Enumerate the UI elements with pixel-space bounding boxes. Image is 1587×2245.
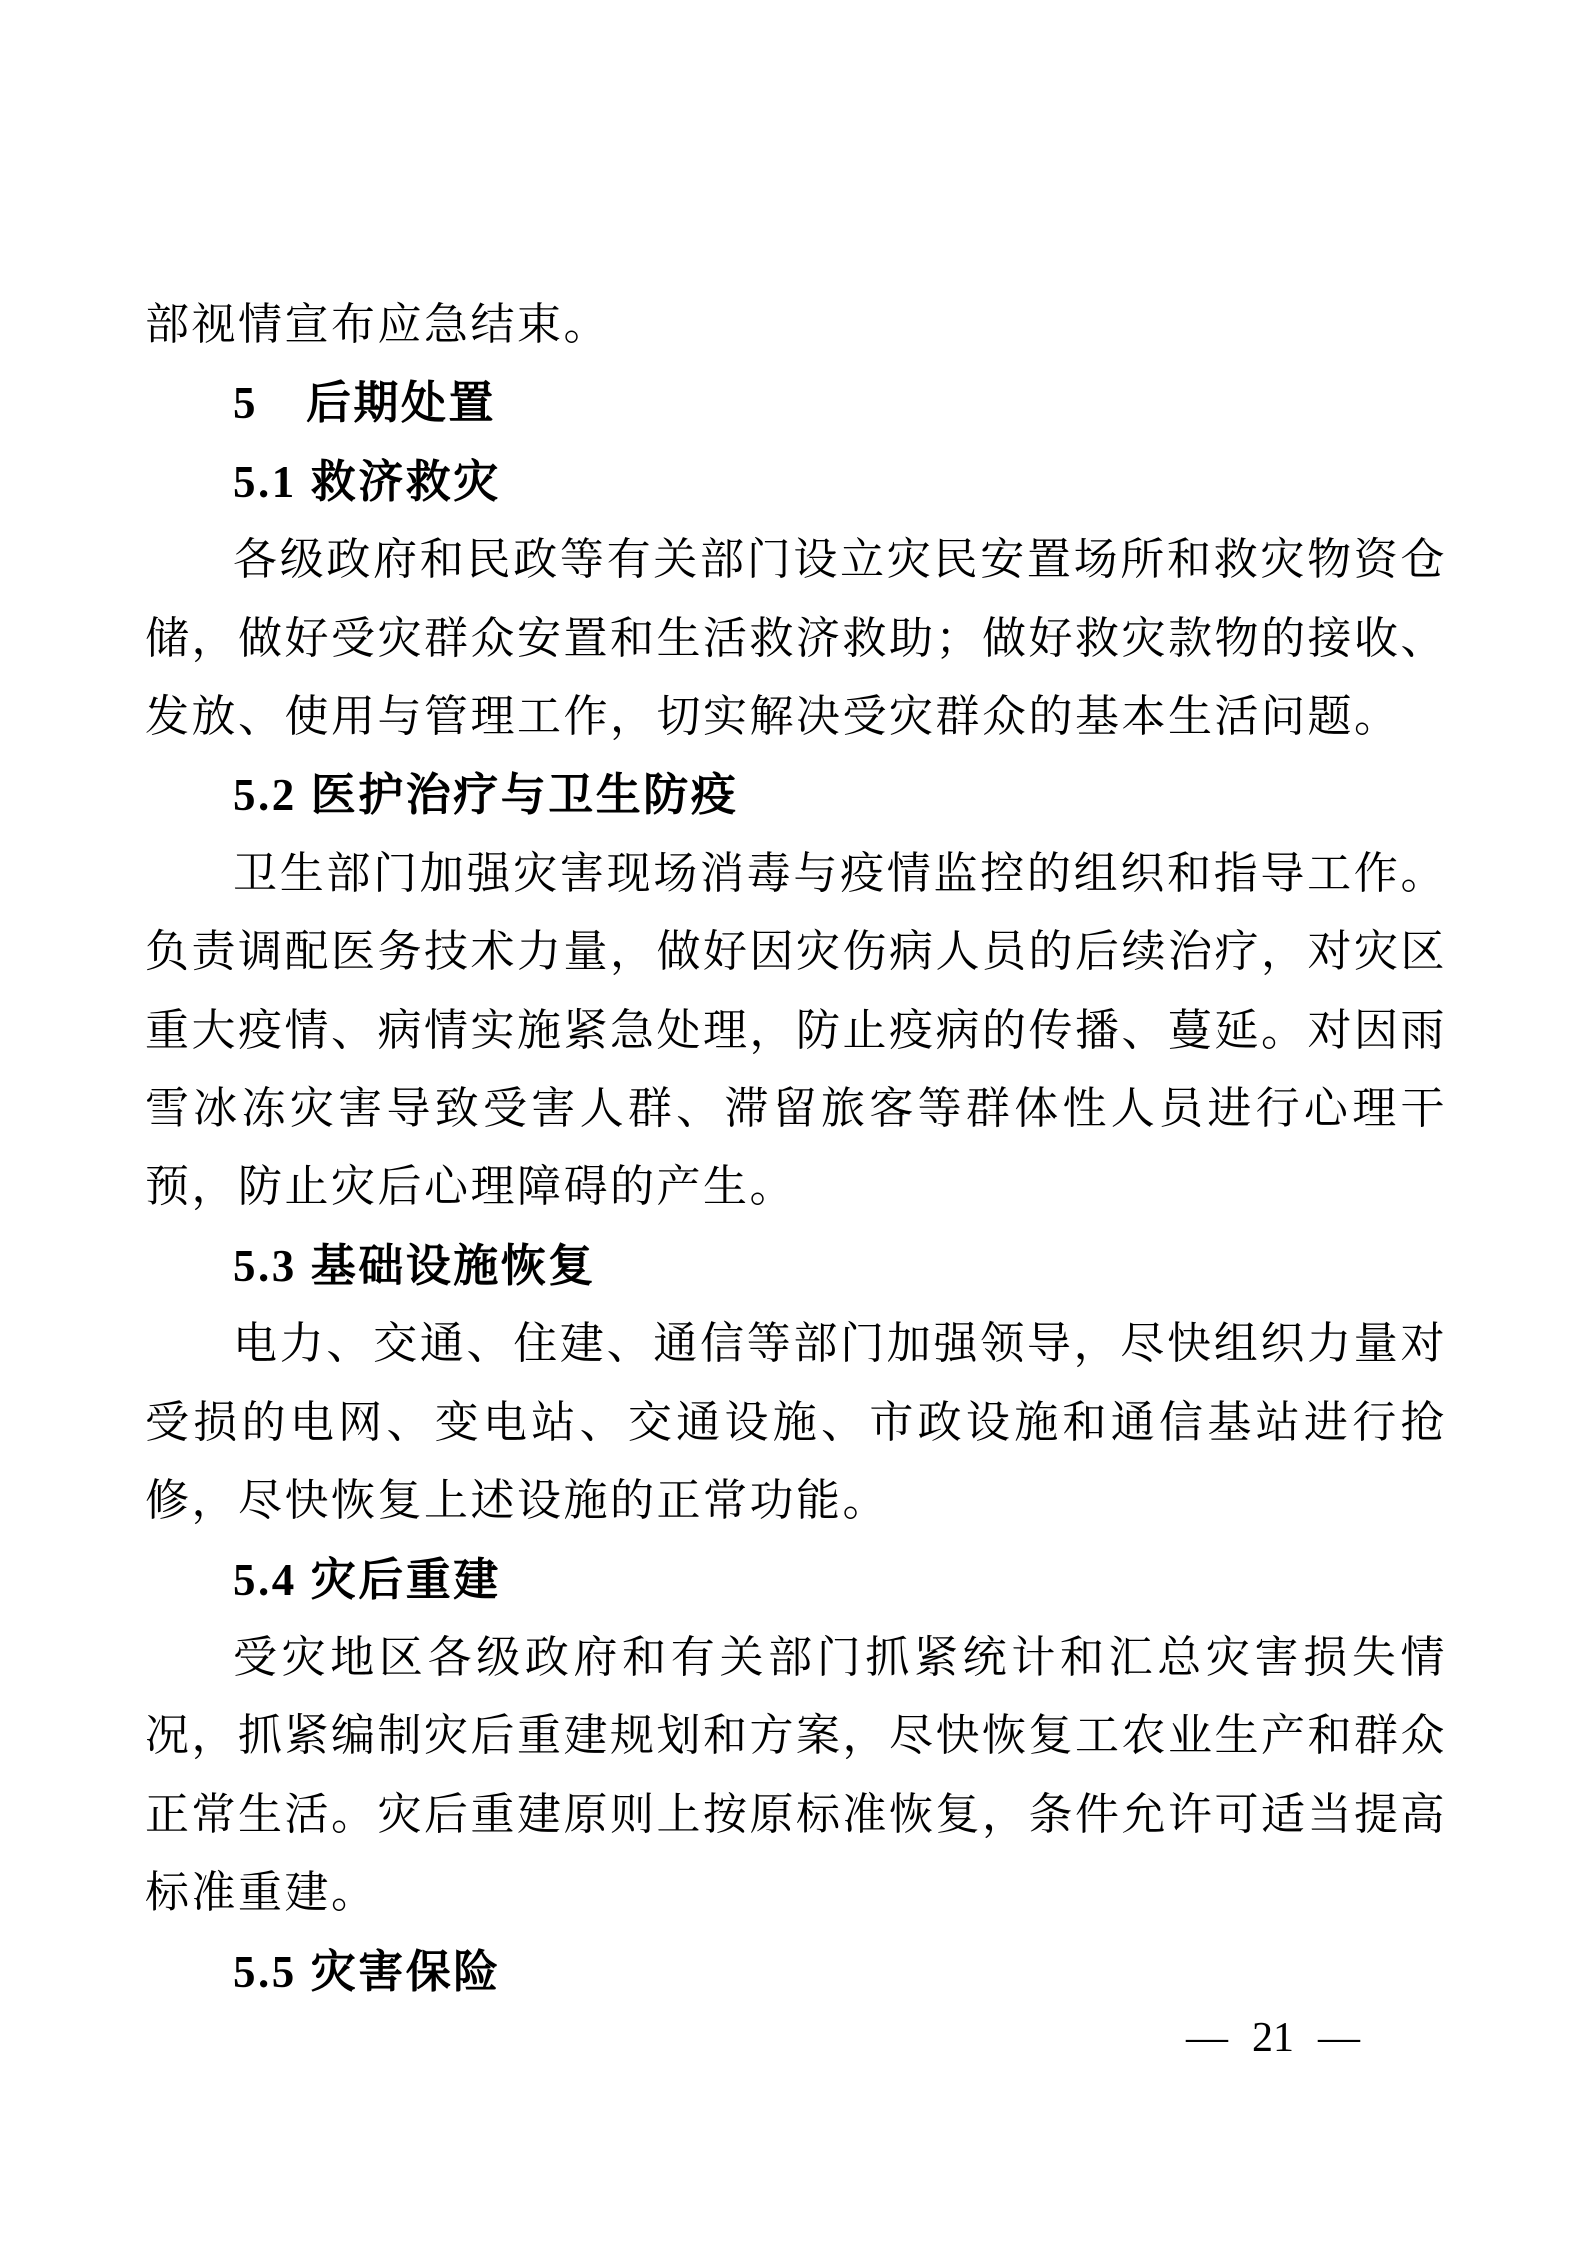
section-heading-5.5: 5.5灾害保险 <box>145 1933 1447 2011</box>
heading-title: 基础设施恢复 <box>311 1241 596 1291</box>
section-heading-5.3: 5.3基础设施恢复 <box>145 1227 1447 1305</box>
document-page: 部视情宣布应急结束。 5后期处置5.1救济救灾各级政府和民政等有关部门设立灾民安… <box>0 0 1587 2245</box>
heading-number: 5.3 <box>233 1241 297 1291</box>
heading-number: 5.5 <box>233 1947 297 1997</box>
heading-title: 救济救灾 <box>311 457 501 507</box>
heading-title: 灾后重建 <box>311 1555 501 1605</box>
page-number-dash-left: — <box>1186 2015 1228 2061</box>
heading-title: 后期处置 <box>306 378 496 428</box>
heading-title: 灾害保险 <box>311 1947 501 1997</box>
body-paragraph: 各级政府和民政等有关部门设立灾民安置场所和救灾物资仓储，做好受灾群众安置和生活救… <box>145 521 1447 756</box>
body-paragraph: 受灾地区各级政府和有关部门抓紧统计和汇总灾害损失情况，抓紧编制灾后重建规划和方案… <box>145 1619 1447 1933</box>
section-heading-5: 5后期处置 <box>145 364 1447 442</box>
body-paragraph: 电力、交通、住建、通信等部门加强领导，尽快组织力量对受损的电网、变电站、交通设施… <box>145 1305 1447 1540</box>
document-body: 部视情宣布应急结束。 5后期处置5.1救济救灾各级政府和民政等有关部门设立灾民安… <box>145 286 1447 2011</box>
section-heading-5.2: 5.2医护治疗与卫生防疫 <box>145 756 1447 834</box>
page-footer: —21— <box>1186 2008 1360 2068</box>
sections-container: 5后期处置5.1救济救灾各级政府和民政等有关部门设立灾民安置场所和救灾物资仓储，… <box>145 364 1447 2011</box>
body-paragraph: 卫生部门加强灾害现场消毒与疫情监控的组织和指导工作。负责调配医务技术力量，做好因… <box>145 835 1447 1227</box>
page-number-dash-right: — <box>1318 2015 1360 2061</box>
heading-number: 5.1 <box>233 457 297 507</box>
section-heading-5.1: 5.1救济救灾 <box>145 443 1447 521</box>
page-number: 21 <box>1252 2015 1294 2061</box>
section-heading-5.4: 5.4灾后重建 <box>145 1541 1447 1619</box>
heading-number: 5.2 <box>233 770 297 820</box>
heading-number: 5 <box>233 378 258 428</box>
heading-number: 5.4 <box>233 1555 297 1605</box>
heading-title: 医护治疗与卫生防疫 <box>311 770 739 820</box>
continuation-paragraph: 部视情宣布应急结束。 <box>145 286 1447 364</box>
